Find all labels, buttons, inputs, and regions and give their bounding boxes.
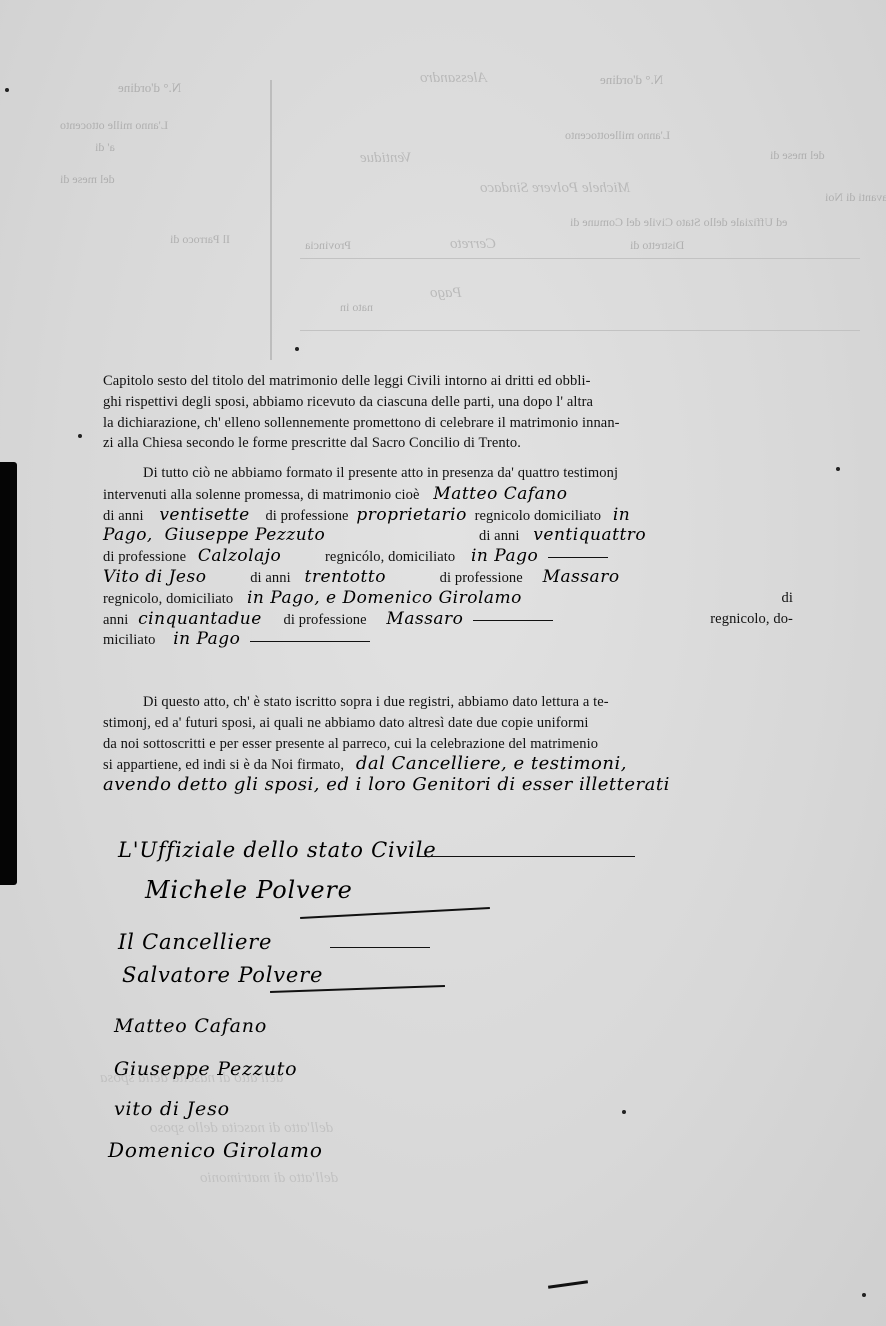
document-page: N.° d'ordine Alessandro N.° d'ordine L'a… [0,0,886,1326]
bleed-right-2: del mese di [770,148,825,163]
witness-4-domicile: in Pago [173,629,240,649]
bleed-rule [300,330,860,331]
bleed-hand-2: Michele Polvere Sindaco [480,180,630,197]
printed-text: di anni [479,528,520,544]
bleed-right-5: Distretto di [630,238,684,253]
witness-2-name: Giuseppe Pezzuto [165,525,326,545]
signature-witness-2: Giuseppe Pezzuto [114,1058,297,1080]
handwritten-illiterate-note: avendo detto gli sposi, ed i loro Genito… [103,774,670,795]
scan-speck [862,1293,866,1297]
scan-speck [295,347,299,351]
witness-3-age: trentotto [305,567,386,587]
bleed-hand-3: Cerreto [450,236,496,253]
signature-rule [330,947,430,948]
bleed-right-4: ed Uffiziale dello Stato Civile del Comu… [570,215,787,230]
signature-chancellor-name: Salvatore Polvere [122,963,323,987]
bleed-hand-lower-2: dell'atto di nascita dello sposo [150,1120,333,1137]
printed-text: di professione [265,508,348,524]
witness-line-7: anni cinquantadue di professione Massaro… [103,609,793,630]
printed-text: regnicólo, domiciliato [325,549,455,565]
bleed-header-left: N.° d'ordine [118,80,181,96]
witness-line-2: di anni ventisette di professione propri… [103,505,793,526]
printed-text: di anni [103,508,144,524]
bleed-left-4: Il Parroco di [170,232,230,247]
printed-text: di anni [250,570,291,586]
witness-4-profession: Massaro [386,609,463,629]
bleed-hand-1: Ventidue [360,150,412,167]
witness-3-profession: Massaro [543,567,620,587]
closing-line-4: si appartiene, ed indi si è da Noi firma… [103,754,803,775]
signature-witness-3: vito di Jeso [114,1098,230,1120]
closing-line-5: avendo detto gli sposi, ed i loro Genito… [103,775,803,801]
signature-witness-4: Domenico Girolamo [108,1138,323,1162]
printed-line: ghi rispettivi degli sposi, abbiamo rice… [103,392,793,413]
witness-2-profession: Calzolajo [198,546,281,566]
bleed-left-3: del mese di [60,172,115,187]
scan-speck [78,434,82,438]
bleed-header-right: N.° d'ordine [600,72,663,88]
printed-text: regnicolo, do- [710,609,793,630]
printed-text: di professione [440,570,523,586]
fill-line [473,620,553,621]
scan-speck [5,88,9,92]
fill-line [548,557,608,558]
bleed-hand-header: Alessandro [420,70,487,87]
printed-line: da noi sottoscritti e per esser presente… [103,734,803,755]
witness-3-domicile-and-witness-4-name: in Pago, e Domenico Girolamo [247,588,522,608]
bleed-right-7: nato in [340,300,373,315]
ink-mark [548,1280,588,1289]
witness-line-4: di professione Calzolajo regnicólo, domi… [103,546,793,567]
signature-witness-1: Matteo Cafano [114,1015,267,1037]
bleed-hand-4: Pago [430,285,462,302]
printed-text: di professione [103,549,186,565]
witness-2-domicile: in Pago [471,546,538,566]
signature-role-officer: L'Uffiziale dello stato Civile [118,838,436,862]
printed-line: Di tutto ciò ne abbiamo formato il prese… [103,463,793,484]
bleed-left-2: a' di [95,140,115,155]
bleed-right-6: Provincia [305,238,351,253]
fill-line [250,641,370,642]
printed-line: stimonj, ed a' futuri sposi, ai quali ne… [103,713,803,734]
bleed-right-3: avanti di Noi [825,190,886,205]
signature-flourish [300,907,490,919]
printed-paragraph-chapter: Capitolo sesto del titolo del matrimonio… [103,371,793,454]
witness-3-name: Vito di Jeso [103,567,206,587]
signature-role-chancellor: Il Cancelliere [118,930,272,954]
witness-2-age: ventiquattro [533,525,646,545]
witness-1-profession: proprietario [356,505,467,525]
handwritten-signers-note: dal Cancelliere, e testimoni, [356,753,627,774]
printed-line: zi alla Chiesa secondo le forme prescrit… [103,433,793,454]
witness-1-name: Matteo Cafano [433,484,567,504]
witness-line-6: regnicolo, domiciliato in Pago, e Domeni… [103,588,793,609]
printed-text: intervenuti alla solenne promessa, di ma… [103,487,420,503]
witness-1-domicile: Pago, [103,525,153,545]
scan-speck [836,467,840,471]
witness-line-8: miciliato in Pago [103,629,793,650]
scan-speck [622,1110,626,1114]
printed-text: di professione [284,612,367,628]
bleed-hand-lower-3: dell'atto di matrimonio [200,1170,338,1187]
bleed-right-1: L'anno milleottocento [565,128,670,143]
witness-4-age: cinquantadue [138,609,262,629]
witness-line-1: intervenuti alla solenne promessa, di ma… [103,484,793,505]
printed-text: di [782,588,793,609]
scan-edge-shadow [0,462,17,885]
printed-text: regnicolo domiciliato [475,508,602,524]
printed-text: anni [103,612,128,628]
witness-line-5: Vito di Jeso di anni trentotto di profes… [103,567,793,588]
bleed-column-rule [270,80,272,360]
printed-text: regnicolo, domiciliato [103,591,233,607]
witness-1-domicile-prefix: in [613,505,630,525]
witness-line-3: Pago, Giuseppe Pezzuto di anni ventiquat… [103,525,793,546]
printed-line: Capitolo sesto del titolo del matrimonio… [103,371,793,392]
signature-rule [420,856,635,857]
printed-text: si appartiene, ed indi si è da Noi firma… [103,757,344,773]
signature-officer-name: Michele Polvere [145,876,353,904]
printed-line: la dichiarazione, ch' elleno sollennemen… [103,413,793,434]
bleed-rule [300,258,860,259]
bleed-left-1: L'anno mille ottocento [60,118,168,133]
printed-paragraph-closing: Di questo atto, ch' è stato iscritto sop… [103,692,803,801]
printed-paragraph-witnesses: Di tutto ciò ne abbiamo formato il prese… [103,463,793,650]
witness-1-age: ventisette [159,505,249,525]
printed-line: Di questo atto, ch' è stato iscritto sop… [103,692,803,713]
printed-text: miciliato [103,632,155,648]
